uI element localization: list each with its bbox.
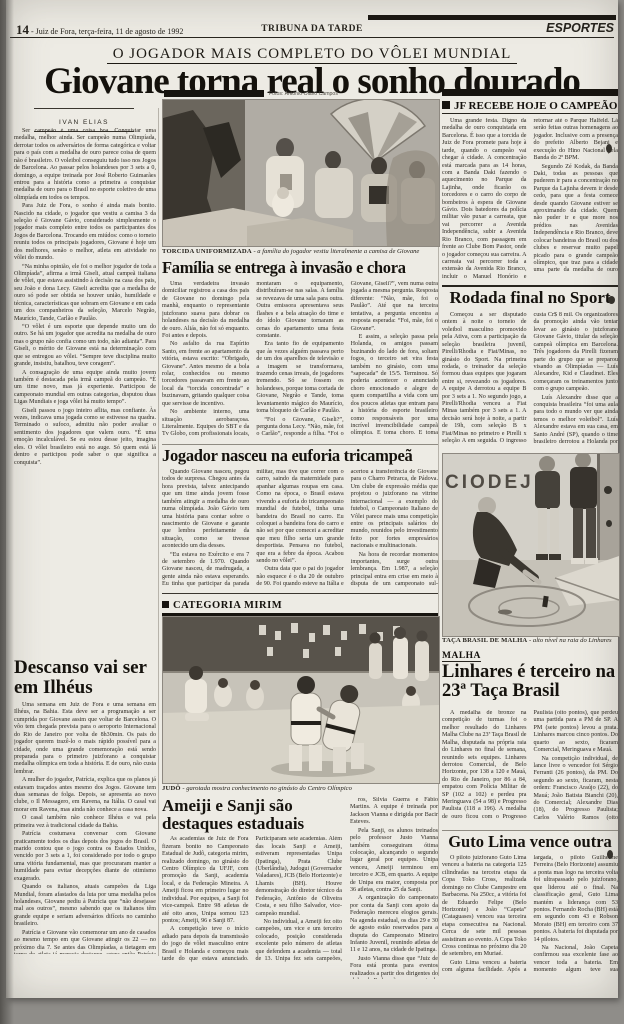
familia-text: Uma verdadeira invasão domiciliar regist… xyxy=(162,281,438,441)
caption-text: - a família do jogador vestiu literalmen… xyxy=(252,248,420,255)
article-divider xyxy=(442,285,618,287)
standing-figures xyxy=(369,627,429,681)
masthead: TRIBUNA DA TARDE xyxy=(6,24,618,34)
paragraph: Era tanto fio de equipamento que às veze… xyxy=(256,341,343,415)
paragraph: Patrícia e Giovane vão comemorar um ano … xyxy=(14,930,156,954)
family-photo-caption: TORCIDA UNIFORMIZADA - a família do joga… xyxy=(162,248,438,255)
paragraph: A mulher do jogador, Patrícia, explica q… xyxy=(14,777,156,814)
categoria-mirim-label: CATEGORIA MIRIM xyxy=(173,600,282,611)
judo-photo-art xyxy=(163,617,439,783)
ameiji-headline: Ameiji e Sanji são destaques estaduais xyxy=(162,797,342,832)
caption-text: - garotada mostra conhecimento no ginási… xyxy=(181,785,352,792)
family-photo xyxy=(162,99,440,247)
paragraph: “O vôlei é um esporte que depende muito … xyxy=(14,324,156,369)
categoria-mirim-row: CATEGORIA MIRIM xyxy=(162,594,438,613)
top-black-bar xyxy=(368,15,616,20)
paragraph: As academias de Juiz de Fora fizeram bon… xyxy=(162,836,249,925)
decorative-bar xyxy=(164,90,264,97)
photo-credit: Fotos: Antônio Olavo Campos xyxy=(269,91,338,97)
ameiji-right-text: ros, Sílvia Guerra e Fábio Martins. A eq… xyxy=(350,797,438,979)
paragraph: O piloto juizforano Guto Lima venceu a b… xyxy=(442,855,527,959)
square-bullet-icon xyxy=(442,101,450,109)
caption-lead: TAÇA BRASIL DE MALHA xyxy=(442,637,527,644)
jf-recebe-header: JF RECEBE HOJE O CAMPEÃO xyxy=(442,100,618,114)
newspaper-page: 14 - Juiz de Fora, terça-feira, 11 de ag… xyxy=(6,0,618,998)
header-rule xyxy=(10,37,614,38)
scan-edge-shadow xyxy=(0,0,14,1024)
scan-artifact xyxy=(606,144,612,153)
section-label: ESPORTES xyxy=(546,21,614,35)
jf-recebe-box: JF RECEBE HOJE O CAMPEÃO xyxy=(442,100,618,114)
descanso-text: Uma semana em Juiz de Fora e uma semana … xyxy=(14,702,156,954)
paragraph: Quando Giovane nasceu, pegou todos de su… xyxy=(162,469,249,551)
descanso-headline: Descanso vai ser em Ilhéus xyxy=(14,658,158,698)
paragraph: Giseli passou o jogo inteiro aflita, mas… xyxy=(14,408,156,467)
familia-headline: Família se entrega à invasão e chora xyxy=(162,259,438,276)
paragraph: A consagração de uma equipe ainda muito … xyxy=(14,370,156,407)
scan-artifact xyxy=(608,296,615,304)
malha-photo-caption: TAÇA BRASIL DE MALHA - alto nível na rai… xyxy=(442,637,618,644)
article-divider xyxy=(162,444,438,445)
paragraph: No asfalto da rua Espírito Santo, em fre… xyxy=(162,341,249,408)
ameiji-article: Ameiji e Sanji são destaques estaduais A… xyxy=(162,797,438,979)
scan-artifact xyxy=(604,486,612,494)
paragraph: A organização do campeonato por conta da… xyxy=(350,895,438,954)
malha-photo: CIODEJ xyxy=(442,453,620,637)
ameiji-left-text: As academias de Juiz de Fora fizeram bon… xyxy=(162,836,342,970)
byline: IVAN ELIAS xyxy=(59,119,109,126)
paragraph: Ser campeão é uma coisa boa. Conquistar … xyxy=(14,128,156,202)
guto-text: O piloto juizforano Guto Lima venceu a b… xyxy=(442,855,618,977)
jogador-headline: Jogador nasceu na euforia tricampeã xyxy=(162,447,438,464)
paragraph: Quando os italianos, atuais campeões da … xyxy=(14,884,156,929)
paragraph: Uma semana em Juiz de Fora e uma semana … xyxy=(14,702,156,776)
paragraph: Uma verdadeira invasão domiciliar regist… xyxy=(162,281,249,340)
judo-photo xyxy=(162,616,440,784)
jogador-text: Quando Giovane nasceu, pegou todos de su… xyxy=(162,469,438,591)
column-divider xyxy=(158,108,159,956)
family-photo-art xyxy=(163,100,439,246)
jf-recebe-text: Uma grande festa. Digno da medalha de ou… xyxy=(442,118,618,282)
ameiji-left: Ameiji e Sanji são destaques estaduais A… xyxy=(162,797,342,979)
newspaper-scan-page: { "theme": { "paper": "#edebe4", "ink": … xyxy=(0,0,624,1024)
judo-photo-caption: JUDÔ - garotada mostra conhecimento no g… xyxy=(162,785,438,792)
scan-artifact xyxy=(606,520,612,527)
caption-lead: JUDÔ xyxy=(162,785,181,792)
paragraph: “Na minha opinião, ele foi o melhor joga… xyxy=(14,264,156,323)
linhares-text: A medalha de bronze na competição de tur… xyxy=(442,710,618,828)
guto-headline: Guto Lima vence outra xyxy=(442,833,618,850)
malha-section-label: MALHA xyxy=(442,651,481,662)
paragraph: O casal também não conhece Ilhéus e vai … xyxy=(14,815,156,830)
scan-artifact xyxy=(607,850,613,859)
rodada-text: Começou a ser disputado ontem à noite o … xyxy=(442,312,618,450)
rodada-headline: Rodada final no Sport xyxy=(442,289,618,307)
paragraph: Justo Vianna disse que “Juiz de Fora est… xyxy=(350,956,438,979)
opinion-column-text: Ser campeão é uma coisa boa. Conquistar … xyxy=(14,128,156,656)
article-divider xyxy=(442,830,618,831)
caption-text: - alto nível na raia do Linhares xyxy=(527,637,611,644)
jf-recebe-headline: JF RECEBE HOJE O CAMPEÃO xyxy=(454,100,617,112)
caption-lead: TORCIDA UNIFORMIZADA xyxy=(162,248,252,255)
paragraph: Patrícia costumava conversar com Giovane… xyxy=(14,831,156,883)
paragraph: ros, Sílvia Guerra e Fábio Martins. A eq… xyxy=(350,797,438,827)
malha-photo-art: CIODEJ xyxy=(443,454,619,636)
paragraph: Pela Sanji, os alunos treinados pelo pro… xyxy=(350,828,438,895)
square-bullet-icon xyxy=(162,601,169,608)
paragraph: Para Juiz de Fora, o sonho é ainda mais … xyxy=(14,203,156,262)
linhares-headline: Linhares é terceiro na 23ª Taça Brasil xyxy=(442,663,618,701)
wall-sign-text: CIODEJ xyxy=(445,472,534,493)
decorative-bar xyxy=(442,89,618,96)
